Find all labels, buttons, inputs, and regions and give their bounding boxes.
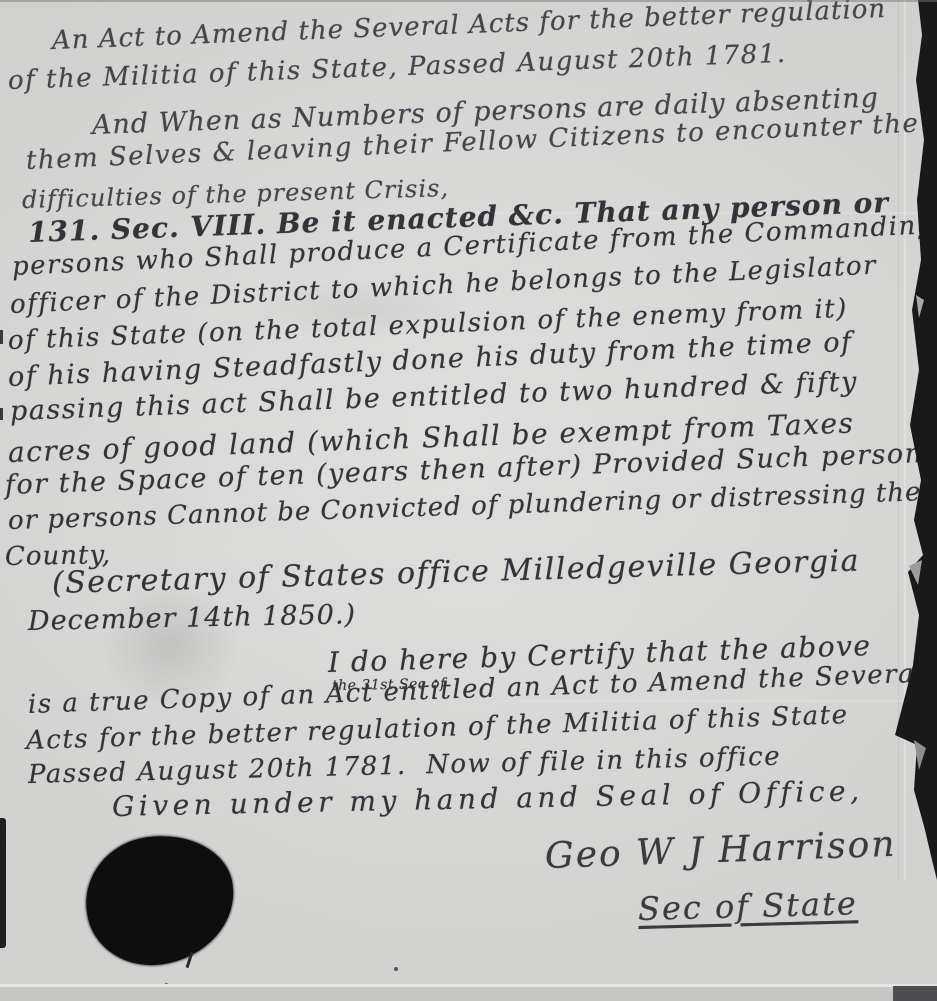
ink-seal-blot [78,826,242,973]
scan-artifact-top-line [0,0,937,2]
manuscript-line-office: (Secretary of States office Milledgevill… [52,543,861,601]
signature: Geo W J Harrison [544,824,897,877]
signature-title: Sec of State [638,884,859,928]
torn-page-edge-right [892,0,937,880]
scan-artifact-corner-bottom-right [893,986,937,1001]
page-edge-left-nub [0,330,3,344]
manuscript-line-date: December 14th 1850.) [28,599,357,637]
scan-artifact-bottom-band [0,987,937,1001]
document-scan: An Act to Amend the Several Acts for the… [0,0,937,1001]
pen-mark [394,967,398,971]
page-edge-left [0,818,6,948]
page-edge-left-nub [0,408,3,420]
